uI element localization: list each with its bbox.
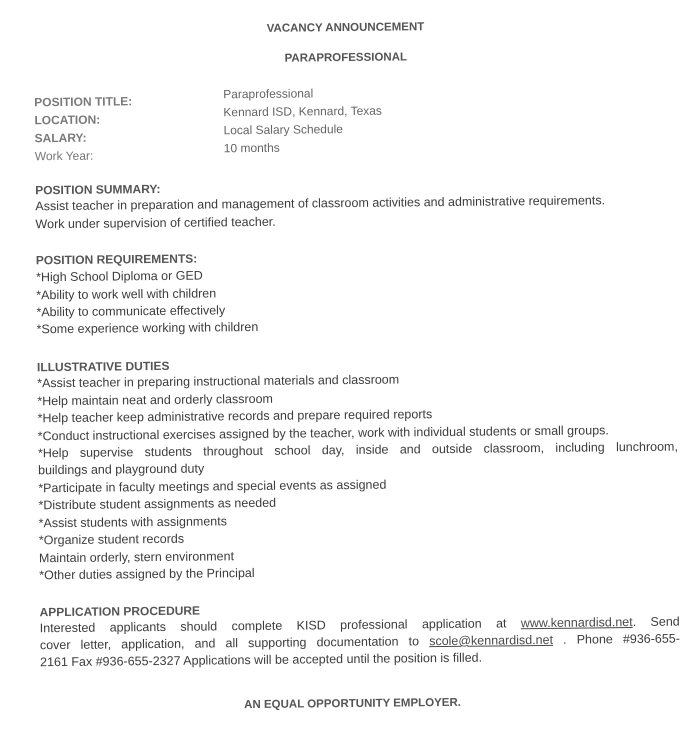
requirement-item: *Ability to communicate effectively xyxy=(36,303,225,319)
duty-item: *Organize student records xyxy=(39,532,184,548)
duty-item: *Other duties assigned by the Principal xyxy=(39,566,255,582)
info-value-position-title: Paraprofessional xyxy=(223,86,313,101)
requirement-item: *Ability to work well with children xyxy=(36,286,216,302)
application-text: . Phone #936-655- xyxy=(553,632,680,647)
requirement-item: *High School Diploma or GED xyxy=(36,269,203,285)
email-link[interactable]: scole@kennardisd.net xyxy=(429,633,553,648)
application-text: Interested applicants should complete KI… xyxy=(40,616,521,635)
duties-heading: ILLUSTRATIVE DUTIES xyxy=(37,359,170,374)
document-subtitle: PARAPROFESSIONAL xyxy=(0,48,695,67)
application-text: . Send xyxy=(633,615,680,629)
info-label-location: LOCATION: xyxy=(34,113,100,128)
duty-item: *Assist teacher in preparing instruction… xyxy=(37,372,399,390)
duty-item: buildings and playground duty xyxy=(38,462,204,478)
application-text: cover letter, application, and all suppo… xyxy=(40,634,429,652)
duty-item: Maintain orderly, stern environment xyxy=(39,549,234,565)
duty-item: *Assist students with assignments xyxy=(39,514,227,530)
equal-opportunity-footer: AN EQUAL OPPORTUNITY EMPLOYER. xyxy=(4,694,698,713)
application-line-3: 2161 Fax #936-655-2327 Applications will… xyxy=(40,651,482,670)
duty-item: *Help teacher keep administrative record… xyxy=(37,407,432,425)
info-value-work-year: 10 months xyxy=(224,141,280,156)
summary-heading: POSITION SUMMARY: xyxy=(35,182,160,197)
application-line-2: cover letter, application, and all suppo… xyxy=(40,632,680,653)
requirement-item: *Some experience working with children xyxy=(37,320,259,336)
info-label-position-title: POSITION TITLE: xyxy=(34,94,132,109)
info-label-work-year: Work Year: xyxy=(35,149,94,164)
info-value-location: Kennard ISD, Kennard, Texas xyxy=(223,104,382,120)
requirements-heading: POSITION REQUIREMENTS: xyxy=(36,252,197,268)
document-page: VACANCY ANNOUNCEMENT PARAPROFESSIONAL PO… xyxy=(0,0,698,729)
duty-item: *Participate in faculty meetings and spe… xyxy=(38,478,386,496)
info-value-salary: Local Salary Schedule xyxy=(223,122,343,137)
duty-item: *Distribute student assignments as neede… xyxy=(38,496,276,512)
duty-item: *Help maintain neat and orderly classroo… xyxy=(37,392,273,408)
duty-item: *Help supervise students throughout scho… xyxy=(38,440,678,461)
info-label-salary: SALARY: xyxy=(35,131,87,146)
application-heading: APPLICATION PROCEDURE xyxy=(40,604,201,620)
summary-line: Work under supervision of certified teac… xyxy=(35,215,275,232)
website-link[interactable]: www.kennardisd.net xyxy=(521,615,633,630)
document-title: VACANCY ANNOUNCEMENT xyxy=(0,18,695,37)
